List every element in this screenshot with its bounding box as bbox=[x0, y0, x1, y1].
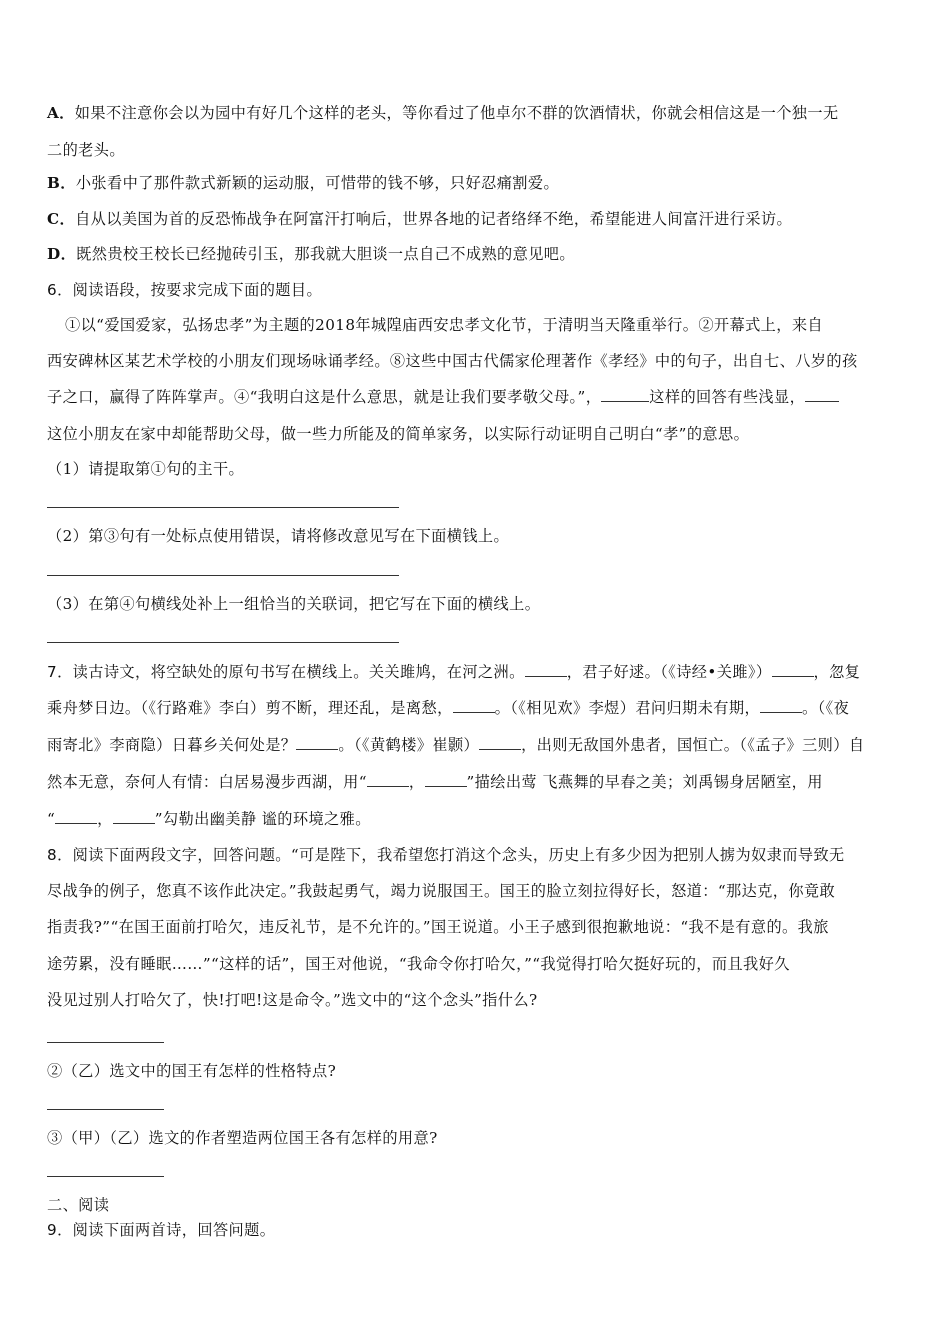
option-b: B．小张看中了那件款式新颖的运动服，可惜带的钱不够，只好忍痛割爱。 bbox=[47, 173, 559, 193]
q9-header: 9．阅读下面两首诗，回答问题。 bbox=[47, 1220, 275, 1240]
q7-line3: 雨寄北》李商隐）日暮乡关何处是？。（《黄鹤楼》崔颢），出则无敌国外患者，国恒亡。… bbox=[47, 735, 864, 755]
q6-prompt: 阅读语段，按要求完成下面的题目。 bbox=[73, 281, 322, 299]
q7-text: 然本无意，奈何人有情：白居易漫步西湖，用“ bbox=[47, 773, 367, 791]
option-b-text: 小张看中了那件款式新颖的运动服，可惜带的钱不够，只好忍痛割爱。 bbox=[76, 174, 559, 192]
q7-text: ”勾勒出幽美静 谧的环境之雅。 bbox=[155, 810, 371, 828]
q8-line2: 尽战争的例子，您真不该作此决定。”我鼓起勇气，竭力说服国王。国王的脸立刻拉得好长… bbox=[47, 881, 835, 901]
option-a-label: A． bbox=[47, 104, 75, 122]
q7-text: ，君子好逑。（《诗经•关雎》） bbox=[567, 663, 772, 681]
q7-text: ， bbox=[97, 810, 113, 828]
q7-text: 。（《夜 bbox=[802, 699, 849, 717]
q7-number: 7． bbox=[47, 663, 73, 681]
fill-blank[interactable] bbox=[772, 662, 814, 677]
q8-line3: 指责我?”“在国王面前打哈欠，违反礼节，是不允许的。”国王说道。小王子感到很抱歉… bbox=[47, 917, 829, 937]
fill-blank[interactable] bbox=[479, 735, 521, 750]
option-d-text: 既然贵校王校长已经抛砖引玉，那我就大胆谈一点自己不成熟的意见吧。 bbox=[76, 245, 575, 263]
q7-line5: “，”勾勒出幽美静 谧的环境之雅。 bbox=[47, 809, 371, 829]
q6-sub3: （3）在第④句横线处补上一组恰当的关联词，把它写在下面的横线上。 bbox=[47, 594, 540, 614]
answer-line[interactable] bbox=[47, 642, 399, 643]
q6-para3-text-b: 这样的回答有些浅显， bbox=[649, 388, 805, 406]
q8-sub1: 选文中的“这个念头”指什么? bbox=[341, 991, 537, 1009]
q7-text: 乘舟梦日边。（《行路难》李白）剪不断，理还乱，是离愁， bbox=[47, 699, 453, 717]
option-a-text: 如果不注意你会以为园中有好几个这样的老头，等你看过了他卓尔不群的饮酒情状，你就会… bbox=[75, 104, 839, 122]
q7-text: 。（《相见欢》李煜）君问归期未有期， bbox=[495, 699, 760, 717]
q6-header: 6．阅读语段，按要求完成下面的题目。 bbox=[47, 280, 322, 300]
q7-line2: 乘舟梦日边。（《行路难》李白）剪不断，理还乱，是离愁，。（《相见欢》李煜）君问归… bbox=[47, 698, 849, 718]
answer-line[interactable] bbox=[47, 575, 399, 576]
fill-blank[interactable] bbox=[760, 698, 802, 713]
q7-text: ”描绘出莺 飞燕舞的早春之美；刘禹锡身居陋室，用 bbox=[467, 773, 823, 791]
q6-paragraph-line2: 西安碑林区某艺术学校的小朋友们现场咏诵孝经。⑧这些中国古代儒家伦理著作《孝经》中… bbox=[47, 351, 858, 371]
option-d: D．既然贵校王校长已经抛砖引玉，那我就大胆谈一点自己不成熟的意见吧。 bbox=[47, 244, 575, 264]
q8-number: 8． bbox=[47, 846, 73, 864]
q6-number: 6． bbox=[47, 281, 73, 299]
q9-number: 9． bbox=[47, 1221, 73, 1239]
q8-passage: “可是陛下，我希望您打消这个念头，历史上有多少因为把别人掳为奴隶而导致无 bbox=[291, 846, 845, 864]
fill-blank[interactable] bbox=[425, 772, 467, 787]
q7-text: 。（《黄鹤楼》崔颢） bbox=[338, 736, 479, 754]
q8-sub3: ③（甲）（乙）选文的作者塑造两位国王各有怎样的用意? bbox=[47, 1128, 438, 1148]
q7-text: “ bbox=[47, 810, 55, 828]
q8-prompt: 阅读下面两段文字，回答问题。 bbox=[73, 846, 291, 864]
option-a-line1: A．如果不注意你会以为园中有好几个这样的老头，等你看过了他卓尔不群的饮酒情状，你… bbox=[47, 103, 839, 123]
q6-para3-text-a: 子之口，赢得了阵阵掌声。④“我明白这是什么意思，就是让我们要孝敬父母。”， bbox=[47, 388, 601, 406]
answer-line[interactable] bbox=[47, 1109, 164, 1110]
option-d-label: D． bbox=[47, 245, 76, 263]
fill-blank[interactable] bbox=[55, 809, 97, 824]
q6-sub2: （2）第③句有一处标点使用错误，请将修改意见写在下面横钱上。 bbox=[47, 526, 509, 546]
option-c-label: C． bbox=[47, 210, 75, 228]
q7-text: 读古诗文，将空缺处的原句书写在横线上。关关雎鸠，在河之洲。 bbox=[73, 663, 525, 681]
section-heading: 二、阅读 bbox=[47, 1195, 109, 1215]
fill-blank[interactable] bbox=[453, 698, 495, 713]
q8-line1: 8．阅读下面两段文字，回答问题。“可是陛下，我希望您打消这个念头，历史上有多少因… bbox=[47, 845, 845, 865]
answer-line[interactable] bbox=[47, 507, 399, 508]
fill-blank[interactable] bbox=[525, 662, 567, 677]
fill-blank[interactable] bbox=[601, 387, 649, 402]
q7-line4: 然本无意，奈何人有情：白居易漫步西湖，用“，”描绘出莺 飞燕舞的早春之美；刘禹锡… bbox=[47, 772, 823, 792]
q7-text: 雨寄北》李商隐）日暮乡关何处是？ bbox=[47, 736, 296, 754]
q8-line4: 途劳累，没有睡眠……”“这样的话”，国王对他说，“我命令你打哈欠，”“我觉得打哈… bbox=[47, 954, 790, 974]
option-a-line2: 二的老头。 bbox=[47, 140, 125, 160]
answer-line[interactable] bbox=[47, 1176, 164, 1177]
q8-sub2: ②（乙）选文中的国王有怎样的性格特点? bbox=[47, 1061, 336, 1081]
q8-line5: 没见过别人打哈欠了，快!打吧!这是命令。”选文中的“这个念头”指什么? bbox=[47, 990, 538, 1010]
q7-text: ， bbox=[409, 773, 425, 791]
fill-blank[interactable] bbox=[805, 387, 839, 402]
option-c: C．自从以美国为首的反恐怖战争在阿富汗打响后，世界各地的记者络绎不绝，希望能进人… bbox=[47, 209, 792, 229]
q7-text: ，出则无敌国外患者，国恒亡。（《孟子》三则）自 bbox=[521, 736, 864, 754]
q6-paragraph-line1: ①以“爱国爱家，弘扬忠孝”为主题的2018年城隍庙西安忠孝文化节，于清明当天隆重… bbox=[65, 315, 823, 335]
fill-blank[interactable] bbox=[296, 735, 338, 750]
q7-line1: 7．读古诗文，将空缺处的原句书写在横线上。关关雎鸠，在河之洲。，君子好逑。（《诗… bbox=[47, 662, 860, 682]
q6-paragraph-line3: 子之口，赢得了阵阵掌声。④“我明白这是什么意思，就是让我们要孝敬父母。”，这样的… bbox=[47, 387, 839, 407]
q7-text: ，忽复 bbox=[814, 663, 861, 681]
fill-blank[interactable] bbox=[367, 772, 409, 787]
option-c-text: 自从以美国为首的反恐怖战争在阿富汗打响后，世界各地的记者络绎不绝，希望能进人间富… bbox=[75, 210, 792, 228]
q8-passage: 没见过别人打哈欠了，快!打吧!这是命令。” bbox=[47, 991, 341, 1009]
q6-sub1: （1）请提取第①句的主干。 bbox=[47, 459, 244, 479]
option-b-label: B． bbox=[47, 174, 76, 192]
q6-paragraph-line4: 这位小朋友在家中却能帮助父母，做一些力所能及的简单家务，以实际行动证明自己明白“… bbox=[47, 424, 749, 444]
q9-prompt: 阅读下面两首诗，回答问题。 bbox=[73, 1221, 276, 1239]
answer-line[interactable] bbox=[47, 1042, 164, 1043]
fill-blank[interactable] bbox=[113, 809, 155, 824]
